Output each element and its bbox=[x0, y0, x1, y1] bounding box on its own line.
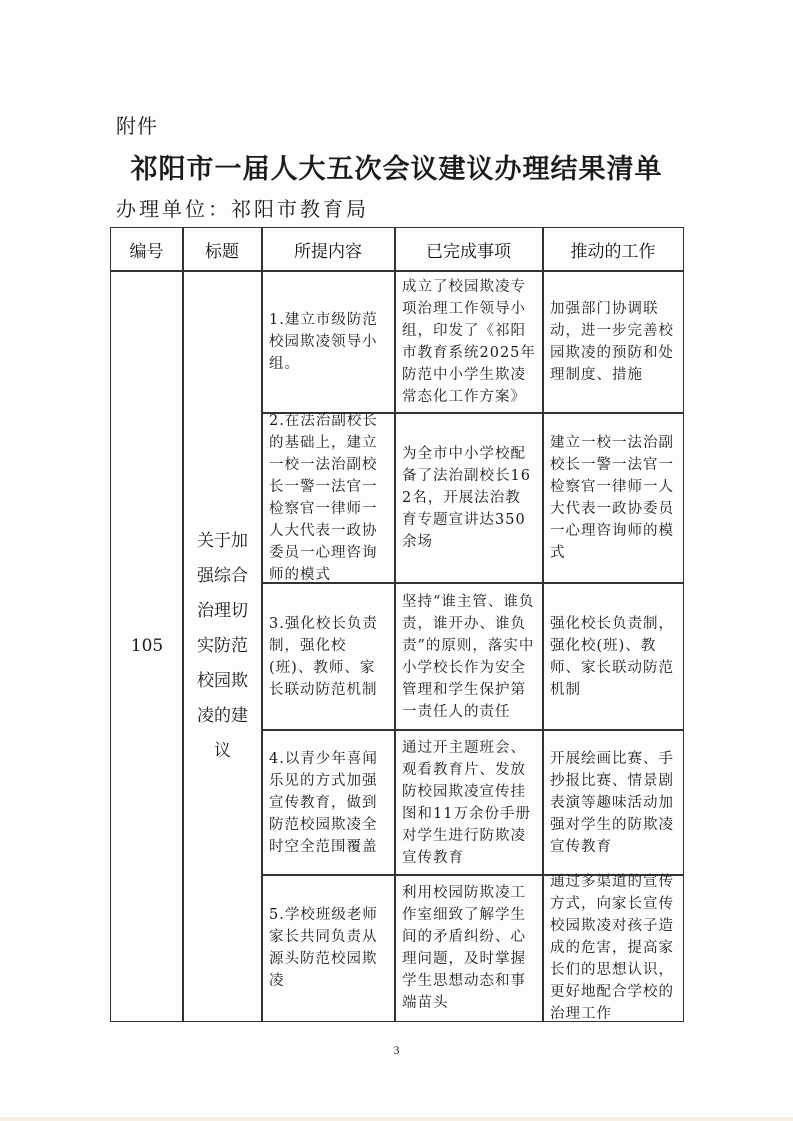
promoted-cell: 建立一校一法治副校长一警一法官一检察官一律师一人大代表一政协委员一心理咨询师的模… bbox=[543, 414, 683, 582]
handling-unit: 办理单位：祁阳市教育局 bbox=[116, 193, 369, 222]
proposal-cell: 5.学校班级老师家长共同负责从源头防范校园欺凌 bbox=[262, 876, 394, 1020]
header-topic: 标题 bbox=[183, 228, 261, 271]
header-proposal: 所提内容 bbox=[262, 228, 394, 271]
document-title: 祁阳市一届人大五次会议建议办理结果清单 bbox=[0, 147, 793, 186]
proposal-cell: 4.以青少年喜闻乐见的方式加强宣传教育，做到防范校园欺凌全时空全范围覆盖 bbox=[262, 731, 394, 874]
scan-edge bbox=[0, 1117, 793, 1121]
record-topic: 关于加强综合治理切实防范校园欺凌的建议 bbox=[183, 271, 262, 1021]
header-promoted: 推动的工作 bbox=[543, 228, 683, 271]
proposal-cell: 3.强化校长负责制，强化校(班)、教师、家长联动防范机制 bbox=[262, 584, 394, 729]
proposal-cell: 1.建立市级防范校园欺凌领导小组。 bbox=[262, 271, 394, 412]
promoted-cell: 加强部门协调联动，进一步完善校园欺凌的预防和处理制度、措施 bbox=[543, 271, 683, 412]
promoted-cell: 强化校长负责制，强化校(班)、教师、家长联动防范机制 bbox=[543, 584, 683, 729]
completed-cell: 利用校园防欺凌工作室细致了解学生间的矛盾纠纷、心理问题，及时掌握学生思想动态和事… bbox=[395, 876, 542, 1020]
header-number: 编号 bbox=[111, 228, 182, 271]
record-topic-text: 关于加强综合治理切实防范校园欺凌的建议 bbox=[195, 524, 251, 769]
results-table: 编号 标题 所提内容 已完成事项 推动的工作 105 关于加强综合治理切实防范校… bbox=[110, 227, 684, 1022]
completed-cell: 坚持“谁主管、谁负责，谁开办、谁负责”的原则，落实中小学校长作为安全管理和学生保… bbox=[395, 584, 542, 729]
header-completed: 已完成事项 bbox=[395, 228, 542, 271]
proposal-cell: 2.在法治副校长的基础上，建立一校一法治副校长一警一法官一检察官一律师一人大代表… bbox=[262, 414, 394, 582]
completed-cell: 成立了校园欺凌专项治理工作领导小组，印发了《祁阳市教育系统2025年防范中小学生… bbox=[395, 271, 542, 412]
promoted-cell: 通过多渠道的宣传方式，向家长宣传校园欺凌对孩子造成的危害，提高家长们的思想认识，… bbox=[543, 876, 683, 1020]
record-number: 105 bbox=[111, 271, 183, 1021]
completed-cell: 为全市中小学校配备了法治副校长162名，开展法治教育专题宣讲达350余场 bbox=[395, 414, 542, 582]
attachment-label: 附件 bbox=[116, 110, 158, 139]
completed-cell: 通过开主题班会、观看教育片、发放防校园欺凌宣传挂图和11万余份手册对学生进行防欺… bbox=[395, 731, 542, 874]
page-number: 3 bbox=[0, 1043, 793, 1058]
promoted-cell: 开展绘画比赛、手抄报比赛、情景剧表演等趣味活动加强对学生的防欺凌宣传教育 bbox=[543, 731, 683, 874]
